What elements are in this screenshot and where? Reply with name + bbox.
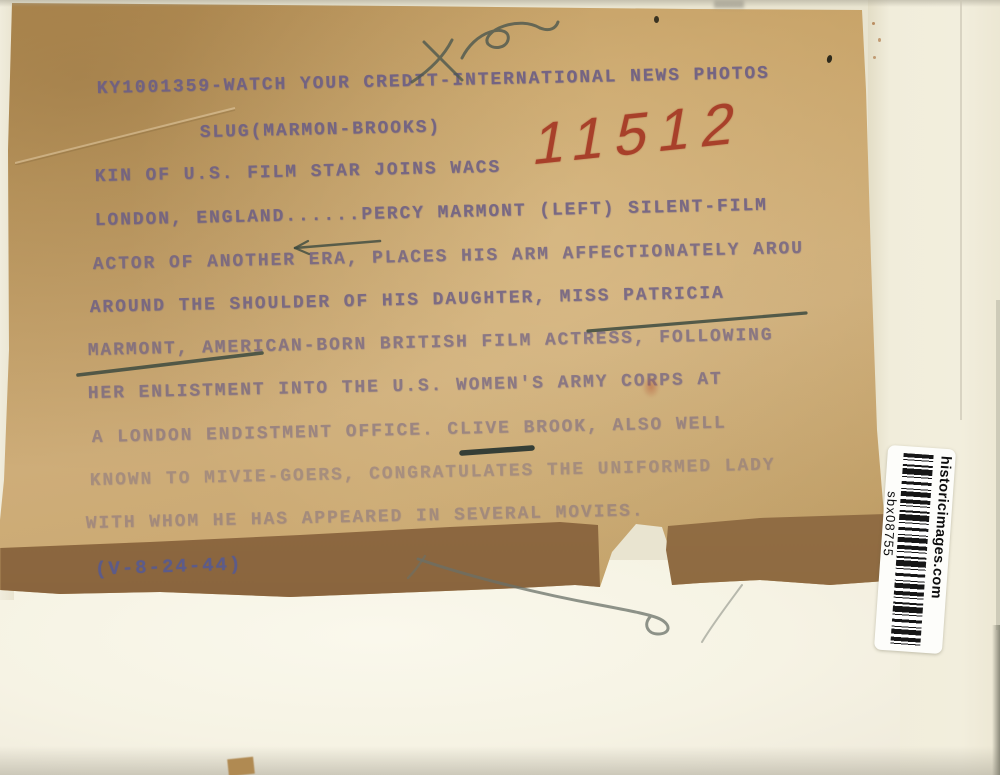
scan-edge-right-faint — [996, 300, 1000, 630]
red-ink-smudge — [642, 376, 660, 398]
backing-crease — [960, 0, 962, 420]
ink-speck — [654, 16, 659, 23]
inventory-sticker: historicimages.com sbx08755 — [874, 445, 956, 654]
scan-edge-top — [0, 0, 1000, 7]
scan-edge-right — [992, 625, 1000, 775]
scan-edge-bottom — [0, 746, 1000, 775]
photo-back-scan: KY1001359-WATCH YOUR CREDIT-INTERNATIONA… — [0, 0, 1000, 775]
rust-speck — [872, 22, 875, 25]
rust-speck — [873, 56, 876, 59]
paper-chip — [227, 757, 255, 775]
rust-speck — [878, 38, 881, 42]
barcode-icon — [890, 453, 933, 647]
